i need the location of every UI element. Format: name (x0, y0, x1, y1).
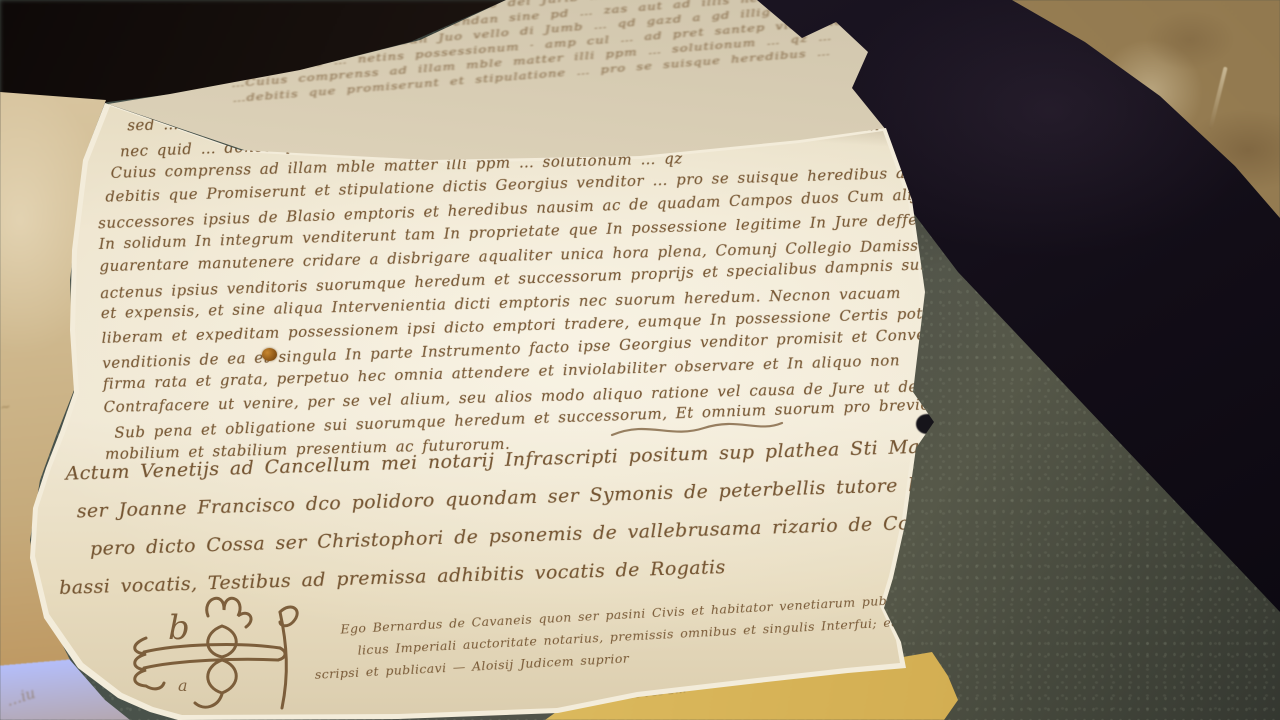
book-cover-seam (1208, 66, 1227, 129)
manuscript-photo-scene: ~…iu…nis …ación de un canpo…con de i ss … (0, 0, 1280, 720)
mark-left-loops (135, 638, 164, 689)
wax-seal-dot (262, 348, 277, 361)
mark-bar-join (278, 648, 285, 660)
mark-tail-curl (195, 694, 222, 707)
notary-letter-bottom: a (178, 676, 188, 695)
notary-mark-flourish (128, 588, 328, 720)
mark-knot-upper (208, 626, 237, 657)
faint-ink-mark: …iu (4, 684, 38, 710)
notary-tabellion-mark: b a (128, 588, 328, 720)
notary-letter-top: b (168, 608, 190, 648)
mark-crown (207, 598, 251, 627)
mark-knot-lower (208, 660, 237, 693)
faint-ink-mark: ~ (0, 399, 12, 416)
actum-clause-text: Actum Venetijs ad Cancellum mei notarij … (55, 427, 939, 607)
